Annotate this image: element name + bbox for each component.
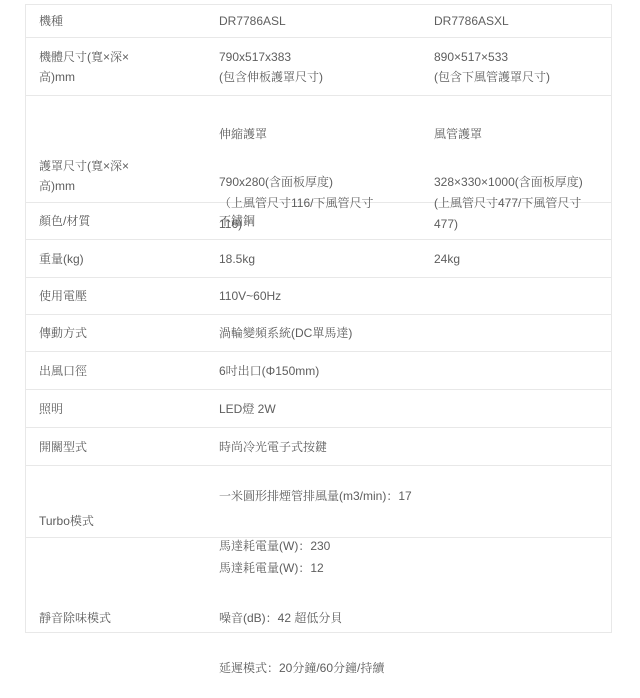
spec-label-turbo-mode: Turbo模式 (26, 511, 219, 531)
spec-value-model-right: DR7786ASXL (434, 11, 611, 31)
hood-type-left: 伸縮護罩 (219, 124, 434, 144)
spec-label-color-material: 顏色/材質 (26, 211, 219, 231)
spec-label-model: 機種 (26, 11, 219, 31)
spec-label-voltage: 使用電壓 (26, 286, 219, 306)
spec-value-outlet: 6吋出口(Φ150mm) (219, 361, 611, 381)
spec-row-turbo-mode: Turbo模式 一米圓形排煙管排風量(m3/min)：17 馬達耗電量(W)：2… (26, 466, 611, 538)
spec-row-voltage: 使用電壓 110V~60Hz (26, 278, 611, 315)
quiet-delay-mode: 延遲模式：20分鐘/60分鐘/持續 (219, 658, 611, 678)
spec-label-body-size: 機體尺寸(寬×深× 高)mm (26, 47, 219, 87)
spec-row-hood-size: 護罩尺寸(寬×深× 高)mm 伸縮護罩 790x280(含面板厚度) （上風管尺… (26, 96, 611, 203)
quiet-noise-level: 噪音(dB)：42 超低分貝 (219, 608, 611, 628)
spec-row-drive: 傳動方式 渦輪變頻系統(DC單馬達) (26, 315, 611, 352)
spec-value-hood-size-right: 風管護罩 328×330×1000(含面板厚度) (上風管尺寸477/下風管尺寸… (434, 96, 611, 255)
spec-value-hood-size-left: 伸縮護罩 790x280(含面板厚度) （上風管尺寸116/下風管尺寸 116) (219, 96, 434, 255)
spec-value-weight-left: 18.5kg (219, 249, 434, 269)
spec-value-drive: 渦輪變頻系統(DC單馬達) (219, 323, 611, 343)
spec-value-body-size-right: 890×517×533 (包含下風管護罩尺寸) (434, 47, 611, 87)
spec-row-model: 機種 DR7786ASL DR7786ASXL (26, 5, 611, 38)
spec-value-voltage: 110V~60Hz (219, 286, 611, 306)
spec-row-quiet-mode: 靜音除味模式 馬達耗電量(W)：12 噪音(dB)：42 超低分貝 延遲模式：2… (26, 538, 611, 633)
spec-table: 機種 DR7786ASL DR7786ASXL 機體尺寸(寬×深× 高)mm 7… (25, 4, 612, 633)
hood-type-right: 風管護罩 (434, 124, 611, 144)
spec-value-weight-right: 24kg (434, 249, 611, 269)
spec-value-switch: 時尚冷光電子式按鍵 (219, 437, 611, 457)
spec-value-body-size-left: 790x517x383 (包含伸板護罩尺寸) (219, 47, 434, 87)
spec-value-quiet-mode: 馬達耗電量(W)：12 噪音(dB)：42 超低分貝 延遲模式：20分鐘/60分… (219, 538, 611, 698)
quiet-motor-power: 馬達耗電量(W)：12 (219, 558, 611, 578)
spec-label-quiet-mode: 靜音除味模式 (26, 608, 219, 628)
spec-row-outlet: 出風口徑 6吋出口(Φ150mm) (26, 352, 611, 390)
spec-row-switch: 開關型式 時尚冷光電子式按鍵 (26, 428, 611, 466)
spec-value-lighting: LED燈 2W (219, 399, 611, 419)
spec-label-drive: 傳動方式 (26, 323, 219, 343)
spec-label-weight: 重量(kg) (26, 249, 219, 269)
spec-value-model-left: DR7786ASL (219, 11, 434, 31)
spec-row-lighting: 照明 LED燈 2W (26, 390, 611, 428)
spec-row-body-size: 機體尺寸(寬×深× 高)mm 790x517x383 (包含伸板護罩尺寸) 89… (26, 38, 611, 96)
spec-label-switch: 開關型式 (26, 437, 219, 457)
spec-value-color-material: 不鏽鋼 (219, 211, 611, 231)
spec-label-hood-size: 護罩尺寸(寬×深× 高)mm (26, 156, 219, 196)
spec-label-outlet: 出風口徑 (26, 361, 219, 381)
turbo-airflow: 一米圓形排煙管排風量(m3/min)：17 (219, 486, 611, 506)
spec-label-lighting: 照明 (26, 399, 219, 419)
